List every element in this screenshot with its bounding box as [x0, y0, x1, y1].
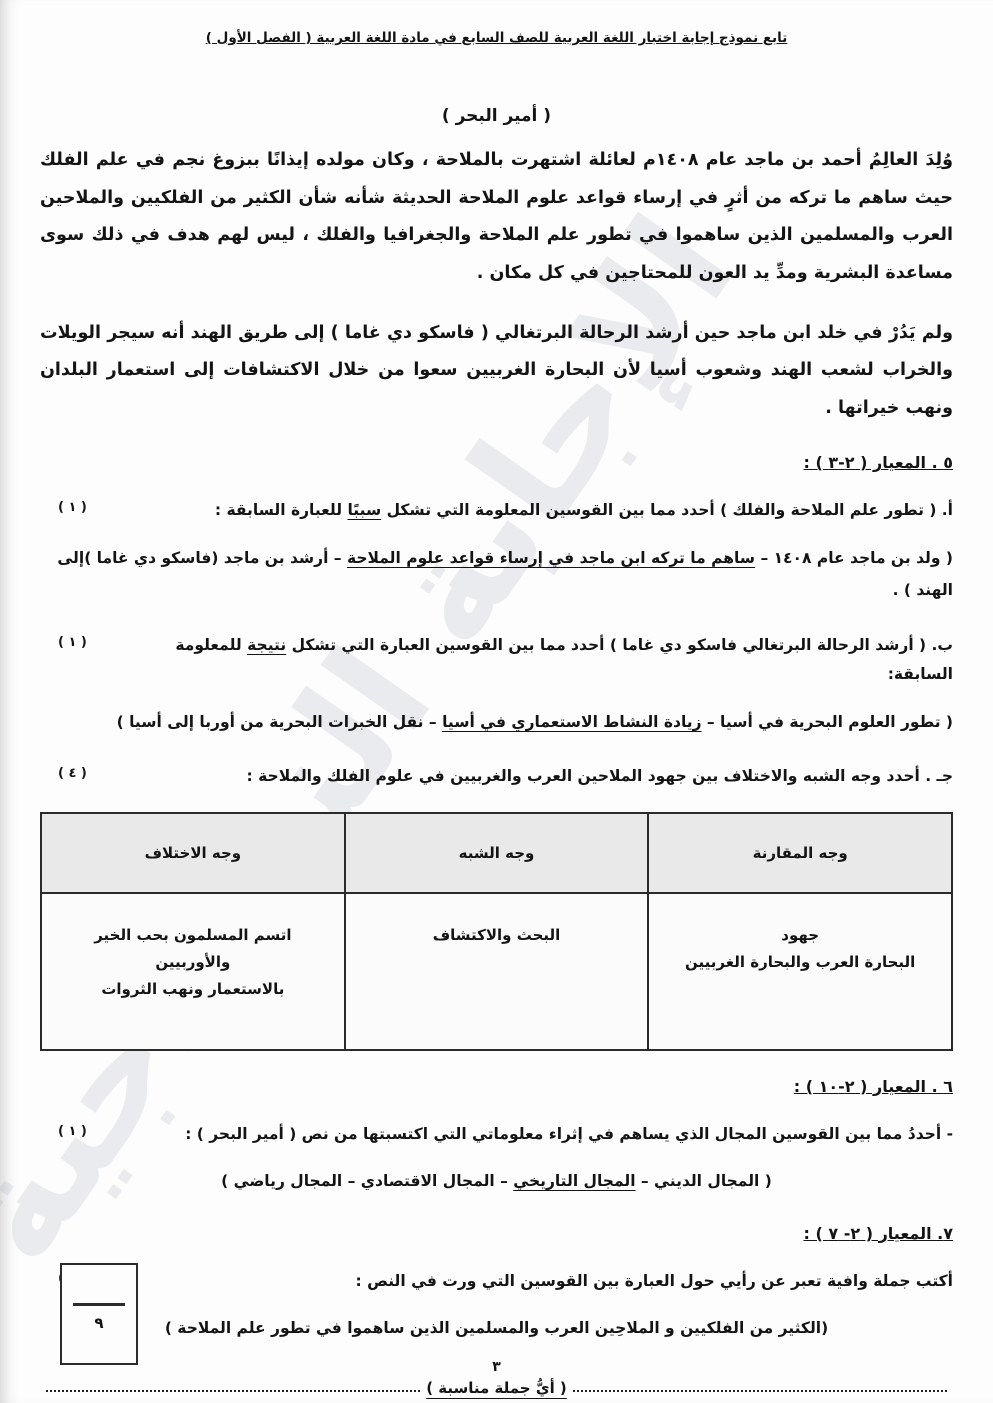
passage-paragraph-2: ولم يَدُرْ في خلد ابن ماجد حين أرشد الرح… [40, 315, 953, 428]
question-7-answer-line: ( أيُّ جملة مناسبة ) [40, 1379, 953, 1397]
question-5b-keyword: نتيجة [247, 636, 286, 654]
section-6-heading: ٦ . المعيار ( ٢-١٠ ) : [40, 1077, 953, 1096]
question-5c-text: جـ . أحدد وجه الشبه والاختلاف بين جهود ا… [247, 762, 953, 791]
question-5a-options: ( ولد بن ماجد عام ١٤٠٨ – ساهم ما تركه اب… [40, 542, 953, 607]
question-6-options: ( المجال الديني – المجال التاريخي – المج… [40, 1165, 953, 1198]
question-5a-suffix: للعبارة السابقة : [215, 501, 348, 519]
question-7-text: أكتب جملة وافية تعبر عن رأيي حول العبارة… [355, 1267, 953, 1296]
comparison-table-body-row: جهود البحارة العرب والبحارة الغربيين الب… [41, 893, 952, 1050]
passage-title: ( أمير البحر ) [40, 106, 953, 126]
dotted-rule-left [46, 1389, 420, 1392]
question-6-options-suffix: – المجال الاقتصادي – المجال رياضي ) [221, 1172, 513, 1190]
question-7-line: أكتب جملة وافية تعبر عن رأيي حول العبارة… [40, 1267, 953, 1296]
question-5b-options-suffix: – نقل الخبرات البحرية من أوربا إلى أسيا … [117, 713, 442, 731]
section-7-heading: ٧. المعيار ( ٢- ٧ ) : [40, 1224, 953, 1243]
question-6-options-prefix: ( المجال الديني – [636, 1172, 772, 1190]
question-5a-line: أ. ( تطور علم الملاحة والفلك ) أحدد مما … [40, 496, 953, 525]
question-5b-prefix: ب. ( أرشد الرحالة البرتغالي فاسكو دي غام… [286, 636, 953, 654]
question-5a-options-prefix: ( ولد بن ماجد عام ١٤٠٨ – [755, 549, 953, 567]
score-box: ٩ [60, 1263, 138, 1365]
section-5-heading: ٥ . المعيار ( ٢-٣ ) : [40, 453, 953, 472]
question-5c-mark: ( ٤ ) [40, 762, 87, 781]
question-6-mark: ( ١ ) [40, 1120, 87, 1139]
table-header-comparison-aspect: وجه المقارنة [648, 813, 952, 893]
question-5a-text: أ. ( تطور علم الملاحة والفلك ) أحدد مما … [215, 496, 953, 525]
exam-answer-sheet-page: الإجابة النموذجية تابع نموذج إجابة اختبا… [0, 0, 993, 1403]
question-7-answer-hint: ( أيُّ جملة مناسبة ) [426, 1379, 567, 1397]
comparison-table-header-row: وجه المقارنة وجه الشبه وجه الاختلاف [41, 813, 952, 893]
question-5c-line: جـ . أحدد وجه الشبه والاختلاف بين جهود ا… [40, 762, 953, 791]
page-content: تابع نموذج إجابة اختبار اللغة العربية لل… [0, 0, 993, 1397]
dotted-rule-right [573, 1389, 947, 1392]
table-cell-similarity: البحث والاكتشاف [345, 893, 649, 1050]
question-5b-text: ب. ( أرشد الرحالة البرتغالي فاسكو دي غام… [150, 631, 953, 690]
score-box-divider [73, 1303, 125, 1306]
score-box-value: ٩ [62, 1314, 136, 1332]
page-number: ٣ [0, 1359, 993, 1375]
question-5a-mark: ( ١ ) [40, 496, 87, 515]
question-5b-options-prefix: ( تطور العلوم البحرية في أسيا – [702, 713, 953, 731]
passage-paragraph-1: وُلِدَ العالِمُ أحمد بن ماجد عام ١٤٠٨م ل… [40, 142, 953, 293]
table-cell-comparison-aspect: جهود البحارة العرب والبحارة الغربيين [648, 893, 952, 1050]
question-5b-mark: ( ١ ) [40, 631, 87, 650]
page-header: تابع نموذج إجابة اختبار اللغة العربية لل… [40, 30, 953, 46]
table-header-difference: وجه الاختلاف [41, 813, 345, 893]
question-6-text: - أحددُ مما بين القوسين المجال الذي يساه… [185, 1120, 953, 1149]
question-5b-answer: زيادة النشاط الاستعماري في أسيا [442, 713, 701, 731]
question-5b-options: ( تطور العلوم البحرية في أسيا – زيادة ال… [40, 706, 953, 739]
question-5a-answer: ساهم ما تركه ابن ماجد في إرساء قواعد علو… [347, 549, 755, 567]
question-5b-line: ب. ( أرشد الرحالة البرتغالي فاسكو دي غام… [40, 631, 953, 690]
question-7-quoted-phrase: (الكثير من الفلكيين و الملاحِين العرب وا… [40, 1312, 953, 1345]
comparison-table: وجه المقارنة وجه الشبه وجه الاختلاف جهود… [40, 812, 953, 1051]
question-5a-keyword: سببًا [347, 501, 381, 519]
question-6-answer: المجال التاريخي [513, 1172, 635, 1190]
question-6-line: - أحددُ مما بين القوسين المجال الذي يساه… [40, 1120, 953, 1149]
table-header-similarity: وجه الشبه [345, 813, 649, 893]
question-5a-prefix: أ. ( تطور علم الملاحة والفلك ) أحدد مما … [381, 501, 953, 519]
table-cell-difference: اتسم المسلمون بحب الخير والأوربيين بالاس… [41, 893, 345, 1050]
